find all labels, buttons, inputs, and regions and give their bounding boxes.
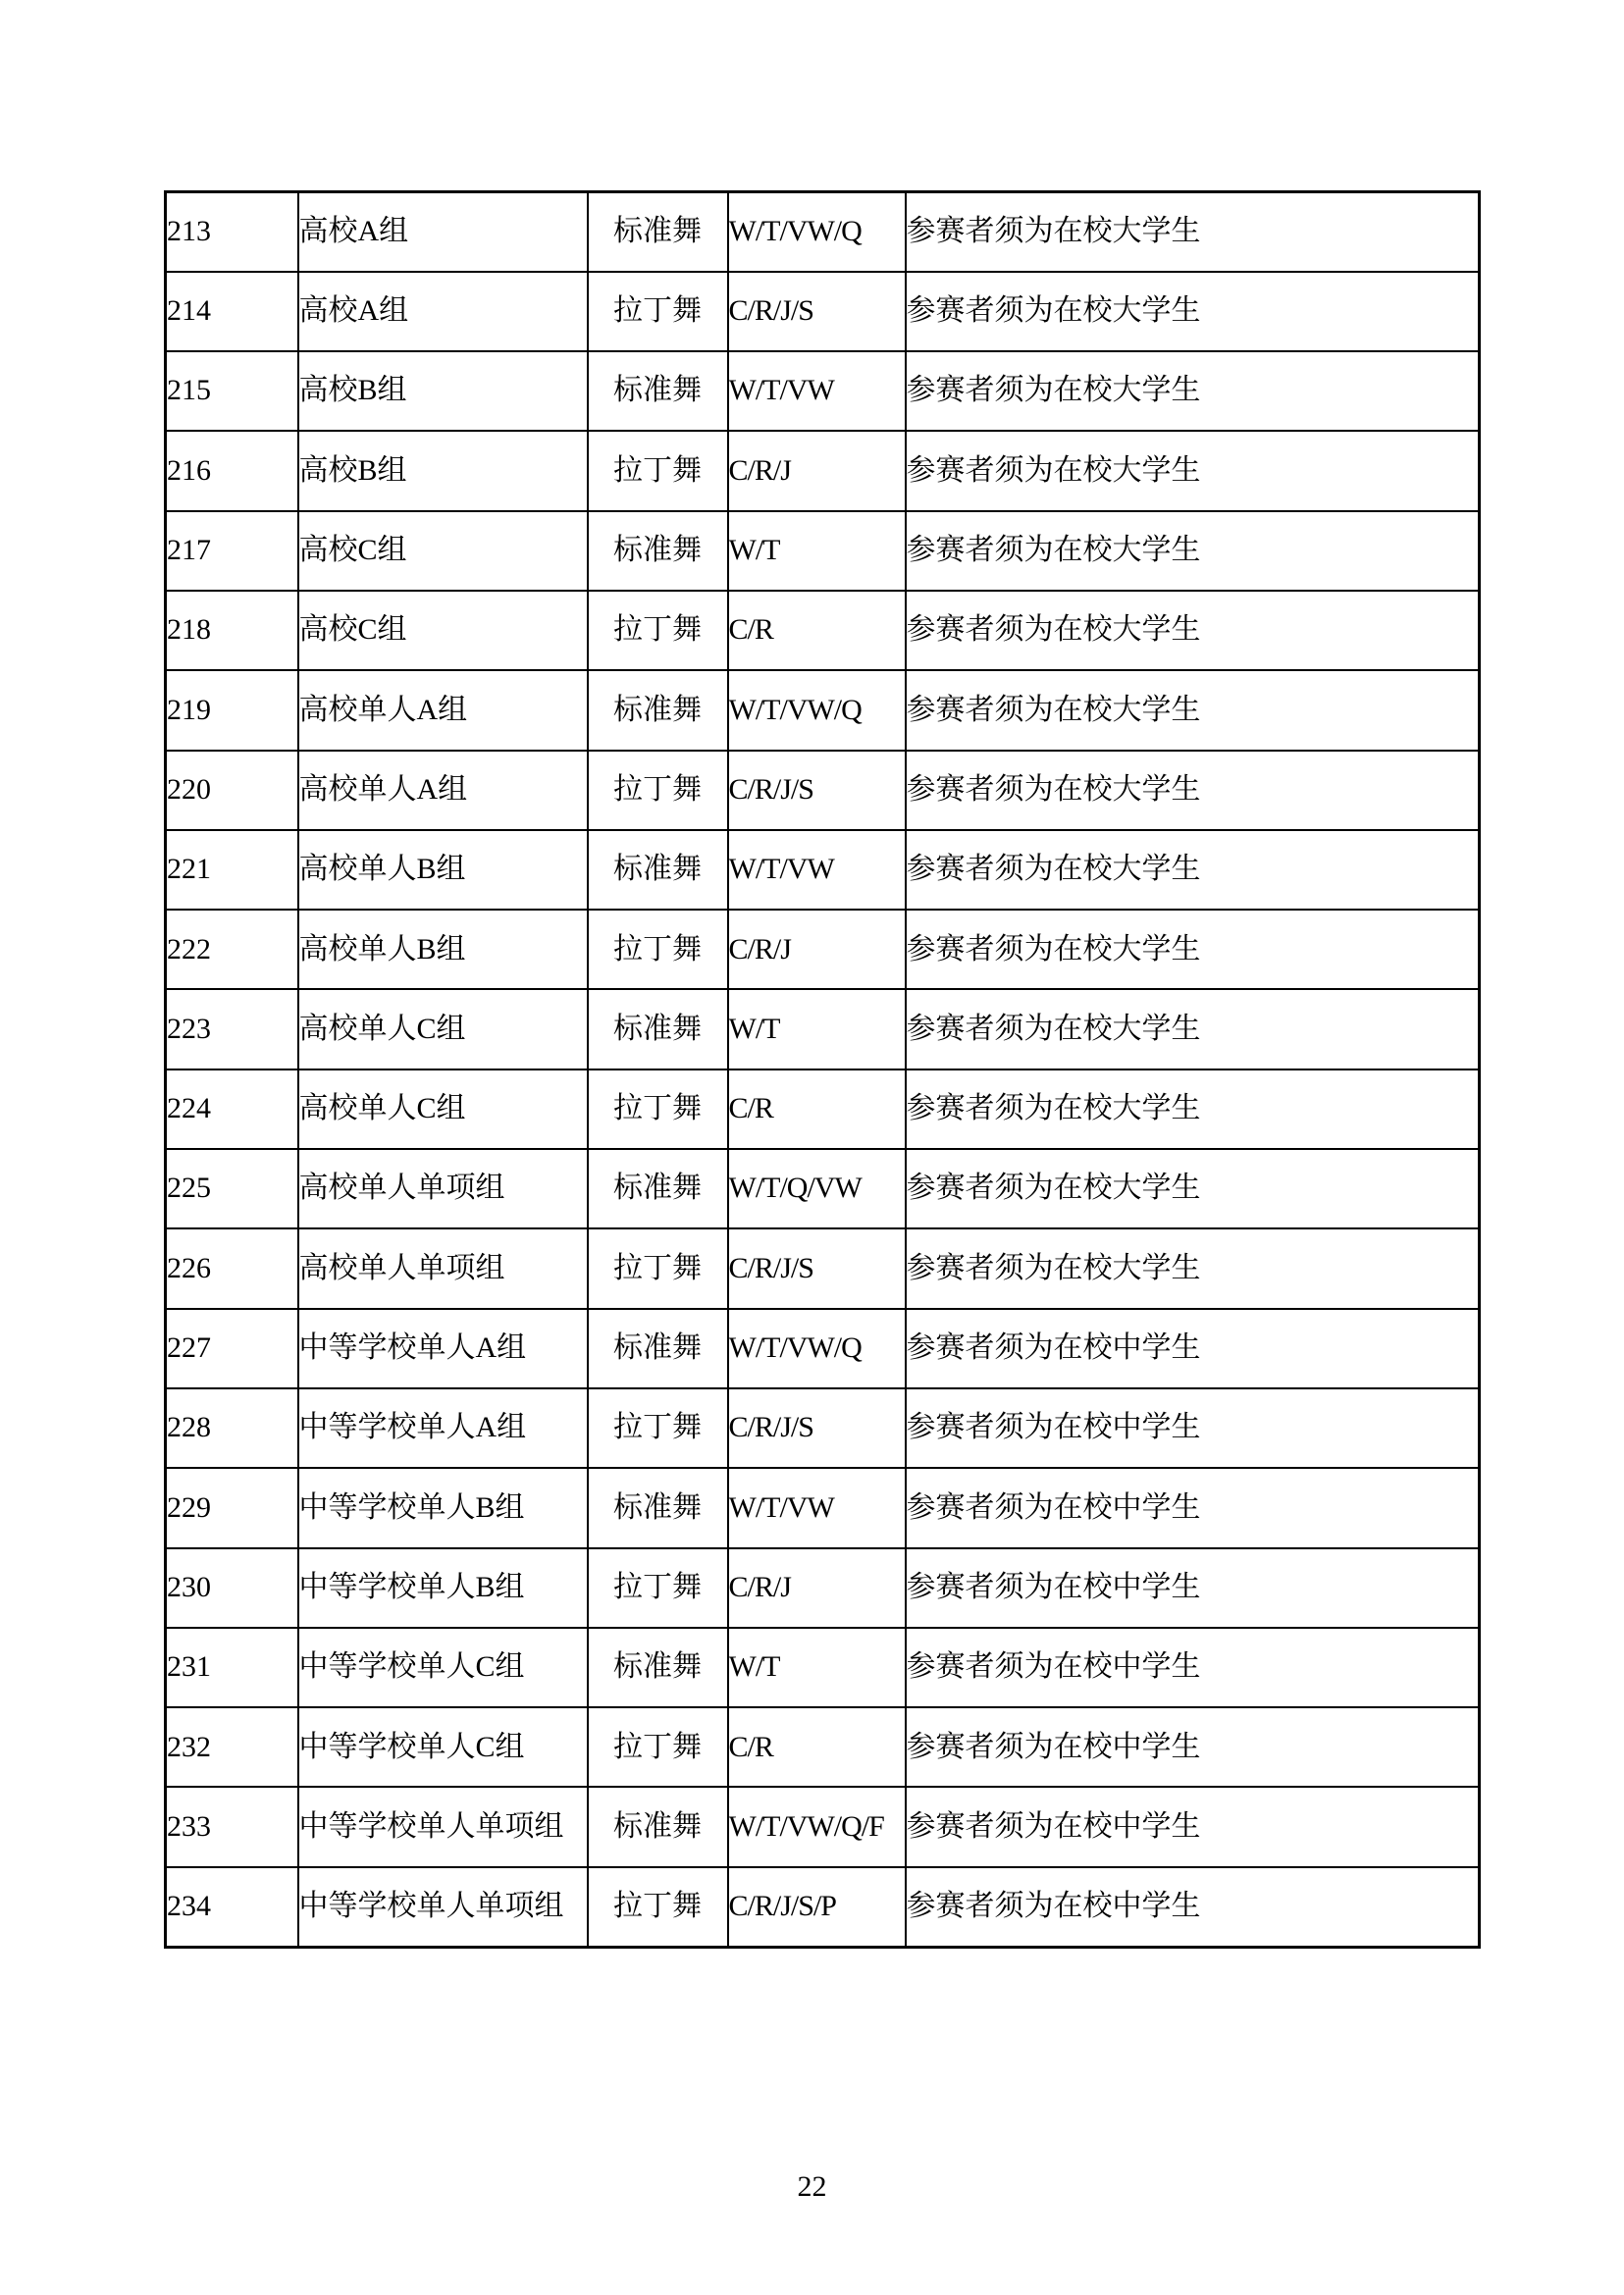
table-row: 219高校单人A组标准舞W/T/VW/Q参赛者须为在校大学生 [166, 670, 1480, 750]
table-row: 217高校C组标准舞W/T参赛者须为在校大学生 [166, 511, 1480, 591]
table-row: 230中等学校单人B组拉丁舞C/R/J参赛者须为在校中学生 [166, 1548, 1480, 1628]
cell-dance-codes: W/T/VW [728, 1468, 906, 1547]
cell-dance-type: 标准舞 [588, 351, 728, 431]
cell-dance-type: 拉丁舞 [588, 591, 728, 670]
cell-requirement: 参赛者须为在校大学生 [906, 591, 1480, 670]
cell-dance-type: 标准舞 [588, 1628, 728, 1707]
cell-requirement: 参赛者须为在校大学生 [906, 1149, 1480, 1228]
table-row: 224高校单人C组拉丁舞C/R参赛者须为在校大学生 [166, 1069, 1480, 1149]
table-row: 227中等学校单人A组标准舞W/T/VW/Q参赛者须为在校中学生 [166, 1309, 1480, 1388]
cell-dance-type: 标准舞 [588, 670, 728, 750]
cell-dance-type: 标准舞 [588, 511, 728, 591]
cell-entry-number: 229 [166, 1468, 298, 1547]
table-row: 228中等学校单人A组拉丁舞C/R/J/S参赛者须为在校中学生 [166, 1388, 1480, 1468]
cell-entry-number: 214 [166, 272, 298, 351]
cell-dance-codes: W/T/VW/Q/F [728, 1787, 906, 1866]
cell-dance-codes: C/R [728, 591, 906, 670]
cell-dance-type: 拉丁舞 [588, 1867, 728, 1947]
cell-group-name: 高校C组 [298, 511, 588, 591]
cell-requirement: 参赛者须为在校中学生 [906, 1867, 1480, 1947]
cell-group-name: 高校B组 [298, 431, 588, 510]
cell-entry-number: 215 [166, 351, 298, 431]
cell-requirement: 参赛者须为在校大学生 [906, 351, 1480, 431]
cell-group-name: 高校A组 [298, 192, 588, 272]
cell-group-name: 中等学校单人A组 [298, 1309, 588, 1388]
cell-requirement: 参赛者须为在校大学生 [906, 511, 1480, 591]
page-number: 22 [0, 2170, 1624, 2204]
table-row: 231中等学校单人C组标准舞W/T参赛者须为在校中学生 [166, 1628, 1480, 1707]
table-row: 213高校A组标准舞W/T/VW/Q参赛者须为在校大学生 [166, 192, 1480, 272]
cell-dance-codes: C/R/J/S [728, 272, 906, 351]
cell-dance-codes: W/T/VW/Q [728, 1309, 906, 1388]
cell-requirement: 参赛者须为在校大学生 [906, 272, 1480, 351]
cell-group-name: 高校单人单项组 [298, 1228, 588, 1308]
cell-group-name: 中等学校单人B组 [298, 1548, 588, 1628]
cell-group-name: 中等学校单人C组 [298, 1707, 588, 1787]
cell-entry-number: 228 [166, 1388, 298, 1468]
cell-requirement: 参赛者须为在校大学生 [906, 830, 1480, 910]
table-row: 234中等学校单人单项组拉丁舞C/R/J/S/P参赛者须为在校中学生 [166, 1867, 1480, 1947]
cell-dance-type: 拉丁舞 [588, 1707, 728, 1787]
cell-dance-type: 拉丁舞 [588, 751, 728, 830]
cell-entry-number: 231 [166, 1628, 298, 1707]
cell-group-name: 中等学校单人A组 [298, 1388, 588, 1468]
cell-dance-codes: W/T [728, 511, 906, 591]
cell-dance-type: 拉丁舞 [588, 431, 728, 510]
cell-group-name: 中等学校单人单项组 [298, 1867, 588, 1947]
cell-entry-number: 232 [166, 1707, 298, 1787]
table-row: 229中等学校单人B组标准舞W/T/VW参赛者须为在校中学生 [166, 1468, 1480, 1547]
cell-group-name: 高校单人C组 [298, 1069, 588, 1149]
cell-entry-number: 225 [166, 1149, 298, 1228]
cell-group-name: 高校A组 [298, 272, 588, 351]
cell-group-name: 中等学校单人C组 [298, 1628, 588, 1707]
cell-dance-codes: W/T/VW/Q [728, 192, 906, 272]
cell-dance-codes: W/T/VW/Q [728, 670, 906, 750]
cell-requirement: 参赛者须为在校中学生 [906, 1707, 1480, 1787]
cell-entry-number: 233 [166, 1787, 298, 1866]
cell-dance-codes: C/R/J/S [728, 1388, 906, 1468]
cell-dance-codes: C/R/J/S [728, 1228, 906, 1308]
cell-dance-codes: W/T/VW [728, 351, 906, 431]
table-body: 213高校A组标准舞W/T/VW/Q参赛者须为在校大学生214高校A组拉丁舞C/… [166, 192, 1480, 1948]
cell-dance-type: 拉丁舞 [588, 272, 728, 351]
table-row: 233中等学校单人单项组标准舞W/T/VW/Q/F参赛者须为在校中学生 [166, 1787, 1480, 1866]
cell-dance-codes: C/R [728, 1707, 906, 1787]
cell-dance-type: 标准舞 [588, 1787, 728, 1866]
table-row: 223高校单人C组标准舞W/T参赛者须为在校大学生 [166, 989, 1480, 1069]
cell-dance-codes: C/R/J [728, 1548, 906, 1628]
cell-dance-type: 标准舞 [588, 192, 728, 272]
cell-dance-codes: C/R/J [728, 910, 906, 989]
table-row: 221高校单人B组标准舞W/T/VW参赛者须为在校大学生 [166, 830, 1480, 910]
table-row: 214高校A组拉丁舞C/R/J/S参赛者须为在校大学生 [166, 272, 1480, 351]
cell-dance-type: 拉丁舞 [588, 1548, 728, 1628]
cell-entry-number: 218 [166, 591, 298, 670]
cell-requirement: 参赛者须为在校中学生 [906, 1628, 1480, 1707]
cell-requirement: 参赛者须为在校大学生 [906, 192, 1480, 272]
cell-entry-number: 219 [166, 670, 298, 750]
table-row: 232中等学校单人C组拉丁舞C/R参赛者须为在校中学生 [166, 1707, 1480, 1787]
cell-requirement: 参赛者须为在校大学生 [906, 989, 1480, 1069]
cell-dance-codes: W/T/VW [728, 830, 906, 910]
cell-group-name: 高校C组 [298, 591, 588, 670]
cell-group-name: 高校单人C组 [298, 989, 588, 1069]
cell-group-name: 高校单人单项组 [298, 1149, 588, 1228]
cell-group-name: 高校单人B组 [298, 910, 588, 989]
table-row: 220高校单人A组拉丁舞C/R/J/S参赛者须为在校大学生 [166, 751, 1480, 830]
cell-requirement: 参赛者须为在校中学生 [906, 1309, 1480, 1388]
cell-entry-number: 216 [166, 431, 298, 510]
cell-dance-type: 拉丁舞 [588, 1069, 728, 1149]
cell-dance-type: 拉丁舞 [588, 910, 728, 989]
cell-requirement: 参赛者须为在校中学生 [906, 1548, 1480, 1628]
cell-dance-type: 标准舞 [588, 830, 728, 910]
cell-entry-number: 213 [166, 192, 298, 272]
cell-group-name: 高校单人A组 [298, 751, 588, 830]
cell-dance-codes: C/R/J [728, 431, 906, 510]
document-page: 213高校A组标准舞W/T/VW/Q参赛者须为在校大学生214高校A组拉丁舞C/… [0, 0, 1624, 2295]
cell-requirement: 参赛者须为在校大学生 [906, 670, 1480, 750]
cell-requirement: 参赛者须为在校大学生 [906, 910, 1480, 989]
cell-requirement: 参赛者须为在校大学生 [906, 1228, 1480, 1308]
cell-entry-number: 220 [166, 751, 298, 830]
cell-dance-type: 标准舞 [588, 1149, 728, 1228]
cell-group-name: 高校B组 [298, 351, 588, 431]
competition-groups-table: 213高校A组标准舞W/T/VW/Q参赛者须为在校大学生214高校A组拉丁舞C/… [164, 190, 1481, 1949]
cell-entry-number: 230 [166, 1548, 298, 1628]
cell-dance-type: 拉丁舞 [588, 1228, 728, 1308]
cell-entry-number: 222 [166, 910, 298, 989]
cell-requirement: 参赛者须为在校中学生 [906, 1787, 1480, 1866]
cell-requirement: 参赛者须为在校中学生 [906, 1388, 1480, 1468]
cell-requirement: 参赛者须为在校大学生 [906, 1069, 1480, 1149]
cell-requirement: 参赛者须为在校大学生 [906, 431, 1480, 510]
table-row: 225高校单人单项组标准舞W/T/Q/VW参赛者须为在校大学生 [166, 1149, 1480, 1228]
table-row: 218高校C组拉丁舞C/R参赛者须为在校大学生 [166, 591, 1480, 670]
cell-requirement: 参赛者须为在校大学生 [906, 751, 1480, 830]
cell-dance-type: 拉丁舞 [588, 1388, 728, 1468]
cell-dance-codes: C/R/J/S/P [728, 1867, 906, 1947]
cell-entry-number: 234 [166, 1867, 298, 1947]
cell-entry-number: 224 [166, 1069, 298, 1149]
cell-requirement: 参赛者须为在校中学生 [906, 1468, 1480, 1547]
table-row: 222高校单人B组拉丁舞C/R/J参赛者须为在校大学生 [166, 910, 1480, 989]
table-row: 216高校B组拉丁舞C/R/J参赛者须为在校大学生 [166, 431, 1480, 510]
cell-dance-codes: C/R/J/S [728, 751, 906, 830]
cell-dance-codes: C/R [728, 1069, 906, 1149]
cell-entry-number: 227 [166, 1309, 298, 1388]
cell-entry-number: 223 [166, 989, 298, 1069]
cell-group-name: 中等学校单人B组 [298, 1468, 588, 1547]
cell-dance-type: 标准舞 [588, 989, 728, 1069]
cell-entry-number: 221 [166, 830, 298, 910]
cell-group-name: 中等学校单人单项组 [298, 1787, 588, 1866]
cell-dance-type: 标准舞 [588, 1309, 728, 1388]
cell-entry-number: 226 [166, 1228, 298, 1308]
cell-dance-codes: W/T [728, 989, 906, 1069]
cell-group-name: 高校单人A组 [298, 670, 588, 750]
cell-dance-codes: W/T/Q/VW [728, 1149, 906, 1228]
cell-dance-codes: W/T [728, 1628, 906, 1707]
table-row: 215高校B组标准舞W/T/VW参赛者须为在校大学生 [166, 351, 1480, 431]
table-row: 226高校单人单项组拉丁舞C/R/J/S参赛者须为在校大学生 [166, 1228, 1480, 1308]
cell-dance-type: 标准舞 [588, 1468, 728, 1547]
cell-entry-number: 217 [166, 511, 298, 591]
cell-group-name: 高校单人B组 [298, 830, 588, 910]
